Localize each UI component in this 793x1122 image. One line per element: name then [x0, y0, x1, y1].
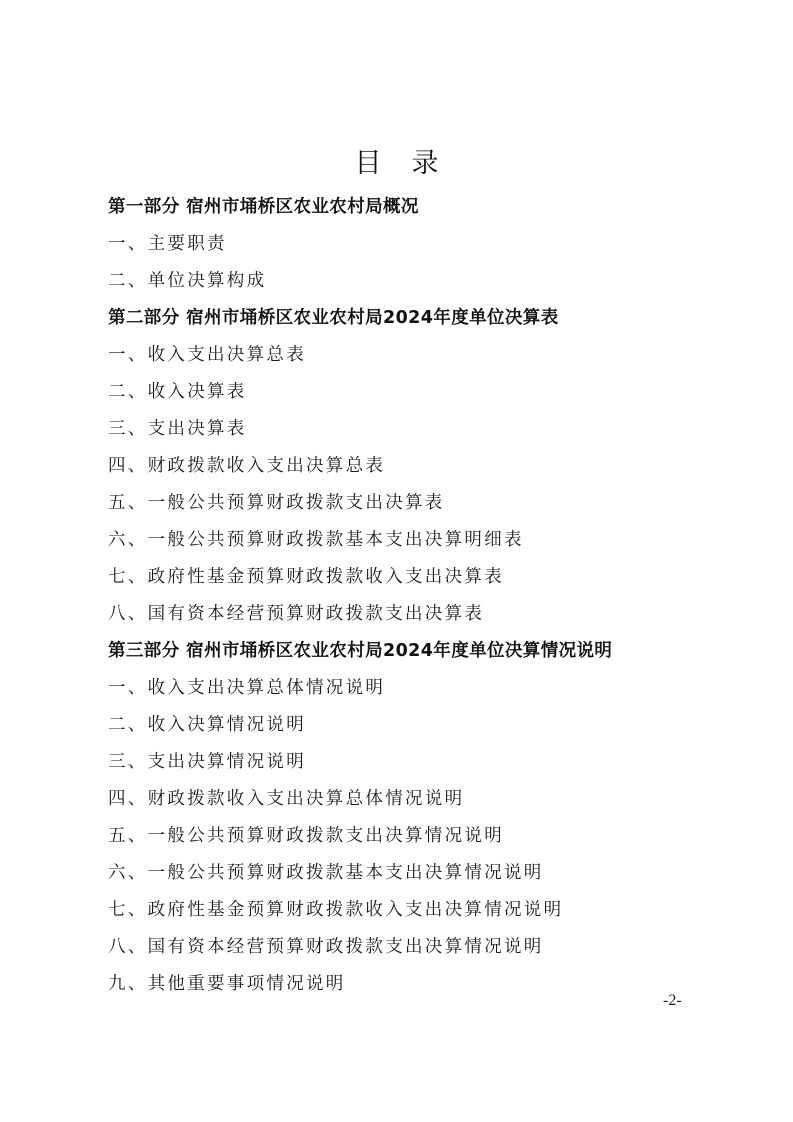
title-char-2: 录 [412, 146, 439, 182]
toc-entry[interactable]: 三、支出决算表 [108, 411, 708, 448]
toc-part-1-heading[interactable]: 第一部分 宿州市埇桥区农业农村局概况 [108, 189, 708, 226]
toc-entry[interactable]: 八、国有资本经营预算财政拨款支出决算情况说明 [108, 929, 708, 966]
table-of-contents: 第一部分 宿州市埇桥区农业农村局概况 一、主要职责 二、单位决算构成 第二部分 … [108, 189, 708, 1003]
toc-entry[interactable]: 一、主要职责 [108, 226, 708, 263]
toc-part-3-heading[interactable]: 第三部分 宿州市埇桥区农业农村局2024年度单位决算情况说明 [108, 633, 708, 670]
toc-entry[interactable]: 五、一般公共预算财政拨款支出决算表 [108, 485, 708, 522]
toc-entry[interactable]: 七、政府性基金预算财政拨款收入支出决算表 [108, 559, 708, 596]
document-page: 目录 第一部分 宿州市埇桥区农业农村局概况 一、主要职责 二、单位决算构成 第二… [0, 0, 793, 1122]
toc-entry[interactable]: 五、一般公共预算财政拨款支出决算情况说明 [108, 818, 708, 855]
toc-entry[interactable]: 三、支出决算情况说明 [108, 744, 708, 781]
toc-entry[interactable]: 八、国有资本经营预算财政拨款支出决算表 [108, 596, 708, 633]
toc-entry[interactable]: 六、一般公共预算财政拨款基本支出决算情况说明 [108, 855, 708, 892]
toc-entry[interactable]: 一、收入支出决算总表 [108, 337, 708, 374]
toc-entry[interactable]: 一、收入支出决算总体情况说明 [108, 670, 708, 707]
page-title: 目录 [0, 146, 793, 182]
toc-entry[interactable]: 二、单位决算构成 [108, 263, 708, 300]
title-char-1: 目 [355, 146, 382, 182]
page-number: -2- [663, 992, 682, 1010]
toc-entry[interactable]: 二、收入决算情况说明 [108, 707, 708, 744]
toc-part-2-heading[interactable]: 第二部分 宿州市埇桥区农业农村局2024年度单位决算表 [108, 300, 708, 337]
toc-entry[interactable]: 四、财政拨款收入支出决算总体情况说明 [108, 781, 708, 818]
toc-entry[interactable]: 九、其他重要事项情况说明 [108, 966, 708, 1003]
toc-entry[interactable]: 七、政府性基金预算财政拨款收入支出决算情况说明 [108, 892, 708, 929]
toc-entry[interactable]: 四、财政拨款收入支出决算总表 [108, 448, 708, 485]
toc-entry[interactable]: 六、一般公共预算财政拨款基本支出决算明细表 [108, 522, 708, 559]
toc-entry[interactable]: 二、收入决算表 [108, 374, 708, 411]
